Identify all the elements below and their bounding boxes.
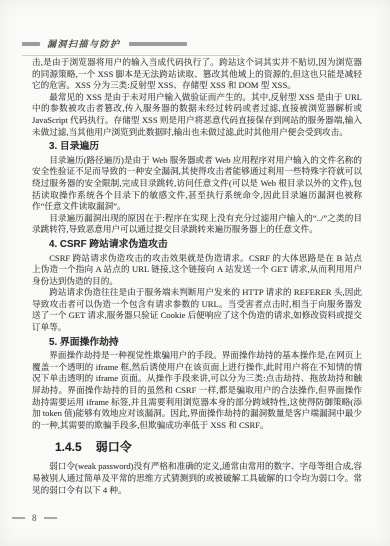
book-title: 漏洞扫描与防护 xyxy=(47,37,121,50)
paragraph: 最常见的 XSS 是由于未对用户输入做验证而产生的。其中,反射型 XSS 是由于… xyxy=(32,92,362,138)
book-page: 漏洞扫描与防护 击,是由于浏览器将用户的输入当成代码执行了。跨站这个词其实并不贴… xyxy=(0,0,390,546)
paragraph: 击,是由于浏览器将用户的输入当成代码执行了。跨站这个词其实并不贴切,因为浏览器的… xyxy=(32,57,362,92)
page-number: 8 xyxy=(32,513,37,523)
paragraph: 跨站请求伪造往往是由于服务端未判断用户发来的 HTTP 请求的 REFERER … xyxy=(32,287,362,333)
page-footer: 8 xyxy=(12,513,57,523)
paragraph: 目录遍历(路径遍历)是由于 Web 服务器或者 Web 应用程序对用户输入的文件… xyxy=(32,155,362,213)
sub-heading: 3. 目录遍历 xyxy=(49,141,362,153)
page-body: 击,是由于浏览器将用户的输入当成代码执行了。跨站这个词其实并不贴切,因为浏览器的… xyxy=(32,57,362,496)
section-number: 1.4.5 xyxy=(55,440,82,454)
section-heading: 1.4.5弱口令 xyxy=(55,440,362,454)
section-title: 弱口令 xyxy=(96,440,132,454)
running-head: 漏洞扫描与防护 xyxy=(22,37,240,56)
paragraph: 目录遍历漏洞出现的原因在于:程序在实现上没有充分过滤用户输入的“../”之类的目… xyxy=(32,213,362,236)
sub-heading: 4. CSRF 跨站请求伪造攻击 xyxy=(49,239,362,251)
header-bar-right-icon xyxy=(129,42,187,46)
paragraph: 弱口令(weak password)没有严格和准确的定义,通常由常用的数字、字母… xyxy=(32,461,362,496)
sub-heading: 5. 界面操作劫持 xyxy=(49,337,362,349)
footer-dash-left-icon xyxy=(12,517,25,519)
footer-dash-right-icon xyxy=(44,517,57,519)
paragraph: CSRF 跨站请求伪造攻击的攻击效果就是伪造请求。CSRF 的大体思路是在 B … xyxy=(32,253,362,288)
header-bar-left-icon xyxy=(22,42,40,46)
paragraph: 界面操作劫持是一种视觉性欺骗用户的手段。界面操作劫持的基本操作是,在网页上覆盖一… xyxy=(32,350,362,431)
